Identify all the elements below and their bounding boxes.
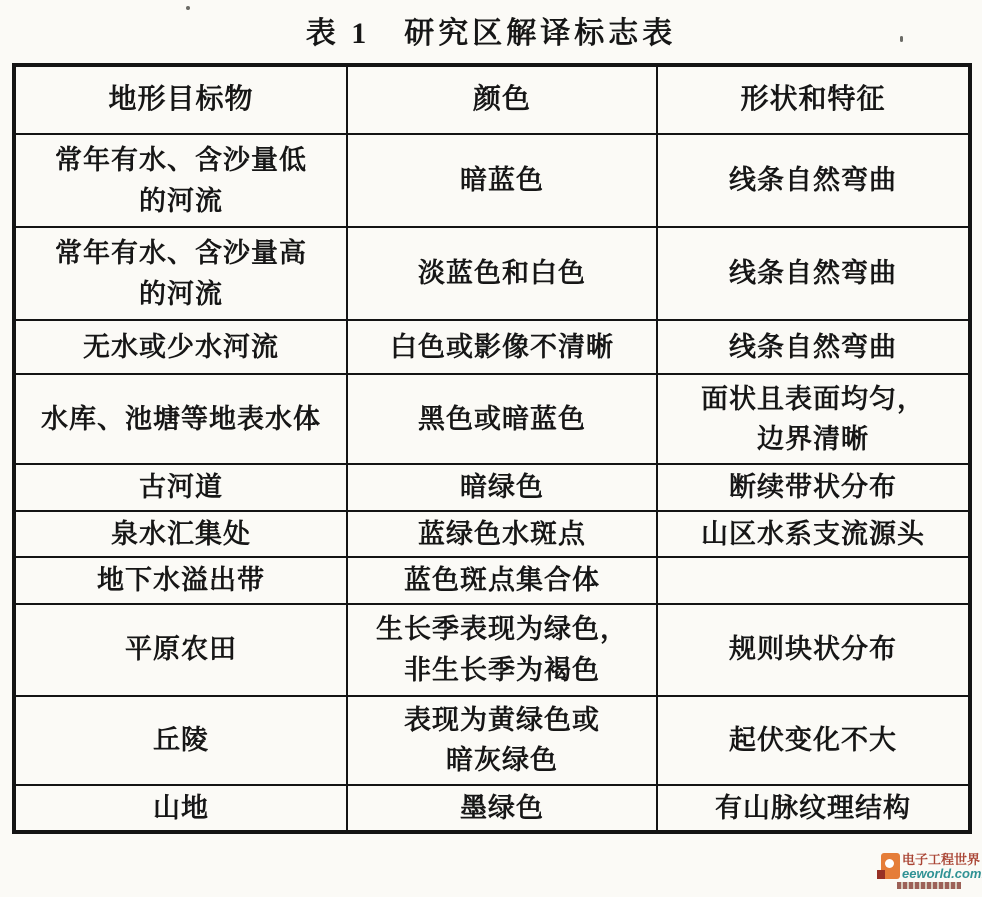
table-row: 水库、池塘等地表水体 黑色或暗蓝色 面状且表面均匀， 边界清晰 xyxy=(14,374,970,464)
header-terrain-target: 地形目标物 xyxy=(14,65,347,134)
eeworld-watermark: 电子工程世界 eeworld.com.cn xyxy=(881,853,979,889)
cell-target: 地下水溢出带 xyxy=(14,557,347,604)
cell-target: 水库、池塘等地表水体 xyxy=(14,374,347,464)
cell-target: 泉水汇集处 xyxy=(14,511,347,558)
cell-shape: 山区水系支流源头 xyxy=(657,511,970,558)
cell-color: 暗绿色 xyxy=(347,464,657,511)
watermark-fineprint-strip xyxy=(897,882,961,889)
interpretation-key-table: 地形目标物 颜色 形状和特征 常年有水、含沙量低 的河流 暗蓝色 线条自然弯曲 … xyxy=(12,63,972,834)
table-row: 山地 墨绿色 有山脉纹理结构 xyxy=(14,785,970,833)
cell-color: 白色或影像不清晰 xyxy=(347,320,657,374)
watermark-site-name: 电子工程世界 xyxy=(902,853,982,867)
header-color: 颜色 xyxy=(347,65,657,134)
cell-shape: 断续带状分布 xyxy=(657,464,970,511)
eeworld-logo-icon xyxy=(881,853,900,879)
cell-shape: 规则块状分布 xyxy=(657,604,970,696)
cell-target: 无水或少水河流 xyxy=(14,320,347,374)
cell-color: 黑色或暗蓝色 xyxy=(347,374,657,464)
table-title: 表 1 研究区解译标志表 xyxy=(0,8,982,52)
table-header-row: 地形目标物 颜色 形状和特征 xyxy=(14,65,970,134)
table-row: 常年有水、含沙量高 的河流 淡蓝色和白色 线条自然弯曲 xyxy=(14,227,970,320)
header-shape-features: 形状和特征 xyxy=(657,65,970,134)
cell-target: 平原农田 xyxy=(14,604,347,696)
cell-shape: 起伏变化不大 xyxy=(657,696,970,785)
cell-target: 丘陵 xyxy=(14,696,347,785)
scanned-document-page: 表 1 研究区解译标志表 地形目标物 颜色 形状和特征 常年有水、含沙量低 的河… xyxy=(0,0,982,897)
table-row: 地下水溢出带 蓝色斑点集合体 xyxy=(14,557,970,604)
cell-shape: 有山脉纹理结构 xyxy=(657,785,970,833)
table-row: 平原农田 生长季表现为绿色， 非生长季为褐色 规则块状分布 xyxy=(14,604,970,696)
cell-color: 蓝绿色水斑点 xyxy=(347,511,657,558)
cell-color: 暗蓝色 xyxy=(347,134,657,227)
table-row: 古河道 暗绿色 断续带状分布 xyxy=(14,464,970,511)
cell-color: 生长季表现为绿色， 非生长季为褐色 xyxy=(347,604,657,696)
cell-shape xyxy=(657,557,970,604)
cell-color: 蓝色斑点集合体 xyxy=(347,557,657,604)
table-row: 丘陵 表现为黄绿色或 暗灰绿色 起伏变化不大 xyxy=(14,696,970,785)
cell-shape: 线条自然弯曲 xyxy=(657,227,970,320)
cell-color: 墨绿色 xyxy=(347,785,657,833)
cell-target: 古河道 xyxy=(14,464,347,511)
table-row: 无水或少水河流 白色或影像不清晰 线条自然弯曲 xyxy=(14,320,970,374)
cell-target: 常年有水、含沙量高 的河流 xyxy=(14,227,347,320)
cell-shape: 线条自然弯曲 xyxy=(657,320,970,374)
cell-color: 淡蓝色和白色 xyxy=(347,227,657,320)
table-row: 常年有水、含沙量低 的河流 暗蓝色 线条自然弯曲 xyxy=(14,134,970,227)
watermark-domain: eeworld.com.cn xyxy=(902,867,982,881)
cell-shape: 面状且表面均匀， 边界清晰 xyxy=(657,374,970,464)
cell-shape: 线条自然弯曲 xyxy=(657,134,970,227)
cell-target: 山地 xyxy=(14,785,347,833)
table-row: 泉水汇集处 蓝绿色水斑点 山区水系支流源头 xyxy=(14,511,970,558)
cell-target: 常年有水、含沙量低 的河流 xyxy=(14,134,347,227)
cell-color: 表现为黄绿色或 暗灰绿色 xyxy=(347,696,657,785)
